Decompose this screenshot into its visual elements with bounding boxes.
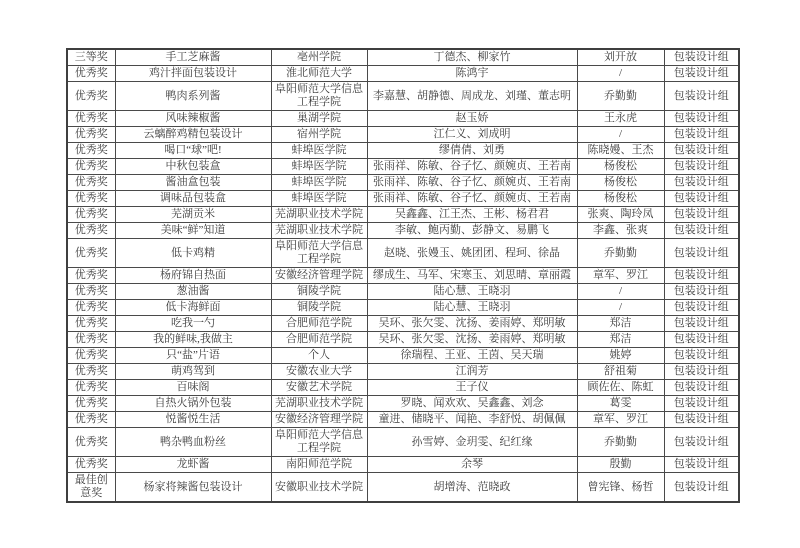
school-cell: 亳州学院 xyxy=(271,49,367,66)
group-cell: 包装设计组 xyxy=(664,239,739,268)
award-level-cell: 优秀奖 xyxy=(67,396,115,412)
group-cell: 包装设计组 xyxy=(664,191,739,207)
award-level-cell: 优秀奖 xyxy=(67,127,115,143)
group-cell: 包装设计组 xyxy=(664,457,739,473)
advisors-cell: 乔勤勤 xyxy=(577,428,664,457)
advisors-cell: 杨俊松 xyxy=(577,175,664,191)
authors-cell: 李嘉慧、胡静德、周成龙、刘瑾、董志明 xyxy=(367,82,577,111)
school-cell: 芜湖职业技术学院 xyxy=(271,207,367,223)
authors-cell: 赵晓、张嫚玉、姚团团、程珂、徐晶 xyxy=(367,239,577,268)
group-cell: 包装设计组 xyxy=(664,300,739,316)
table-row: 优秀奖只“盐”片语个人徐瑞程、王亚、王茵、吴天瑞姚婷包装设计组 xyxy=(67,348,739,364)
work-title-cell: 低卡鸡精 xyxy=(115,239,271,268)
authors-cell: 吴鑫鑫、江王杰、王彬、杨君君 xyxy=(367,207,577,223)
school-cell: 合肥师范学院 xyxy=(271,316,367,332)
work-title-cell: 调味品包装盒 xyxy=(115,191,271,207)
award-level-cell: 优秀奖 xyxy=(67,223,115,239)
advisors-cell: 乔勤勤 xyxy=(577,239,664,268)
advisors-cell: / xyxy=(577,284,664,300)
work-title-cell: 杨家将辣酱包装设计 xyxy=(115,473,271,503)
table-row: 优秀奖美味“鲜”知道芜湖职业技术学院李敏、鲍丙勤、彭静文、易鹏飞李鑫、张爽包装设… xyxy=(67,223,739,239)
advisors-cell: / xyxy=(577,66,664,82)
authors-cell: 吴环、张欠雯、沈扬、姜雨婷、郑明敏 xyxy=(367,332,577,348)
work-title-cell: 葱油酱 xyxy=(115,284,271,300)
group-cell: 包装设计组 xyxy=(664,66,739,82)
group-cell: 包装设计组 xyxy=(664,396,739,412)
table-row: 优秀奖鸭杂鸭血粉丝阜阳师范大学信息工程学院孙雪婷、金玥雯、纪红缘乔勤勤包装设计组 xyxy=(67,428,739,457)
work-title-cell: 萌鸡驾到 xyxy=(115,364,271,380)
advisors-cell: 陈晓嫚、王杰 xyxy=(577,143,664,159)
award-level-cell: 优秀奖 xyxy=(67,380,115,396)
table-row: 优秀奖芜湖贡米芜湖职业技术学院吴鑫鑫、江王杰、王彬、杨君君张爽、陶玲凤包装设计组 xyxy=(67,207,739,223)
award-level-cell: 优秀奖 xyxy=(67,428,115,457)
authors-cell: 张雨祥、陈敏、谷子忆、颜婉贞、王若南 xyxy=(367,159,577,175)
table-row: 优秀奖鸭肉系列酱阜阳师范大学信息工程学院李嘉慧、胡静德、周成龙、刘瑾、董志明乔勤… xyxy=(67,82,739,111)
group-cell: 包装设计组 xyxy=(664,268,739,284)
authors-cell: 张雨祥、陈敏、谷子忆、颜婉贞、王若南 xyxy=(367,175,577,191)
award-level-cell: 优秀奖 xyxy=(67,268,115,284)
work-title-cell: 美味“鲜”知道 xyxy=(115,223,271,239)
advisors-cell: 乔勤勤 xyxy=(577,82,664,111)
school-cell: 阜阳师范大学信息工程学院 xyxy=(271,239,367,268)
advisors-cell: 葛雯 xyxy=(577,396,664,412)
advisors-cell: 李鑫、张爽 xyxy=(577,223,664,239)
table-row: 优秀奖吃我一勺合肥师范学院吴环、张欠雯、沈扬、姜雨婷、郑明敏郑洁包装设计组 xyxy=(67,316,739,332)
work-title-cell: 风味辣椒酱 xyxy=(115,111,271,127)
advisors-cell: / xyxy=(577,127,664,143)
award-level-cell: 优秀奖 xyxy=(67,159,115,175)
advisors-cell: 张爽、陶玲凤 xyxy=(577,207,664,223)
award-level-cell: 优秀奖 xyxy=(67,82,115,111)
table-row: 优秀奖喝口“球”吧!蚌埠医学院缪倩倩、刘勇陈晓嫚、王杰包装设计组 xyxy=(67,143,739,159)
group-cell: 包装设计组 xyxy=(664,380,739,396)
award-level-cell: 优秀奖 xyxy=(67,348,115,364)
table-row: 优秀奖悦酱悦生活安徽经济管理学院童进、储晓平、闻艳、李舒悦、胡佩佩章军、罗江包装… xyxy=(67,412,739,428)
table-row: 优秀奖杨府锦自热面安徽经济管理学院缪成生、马军、宋寒玉、刘思晴、章丽霞章军、罗江… xyxy=(67,268,739,284)
advisors-cell: 章军、罗江 xyxy=(577,412,664,428)
group-cell: 包装设计组 xyxy=(664,332,739,348)
authors-cell: 缪成生、马军、宋寒玉、刘思晴、章丽霞 xyxy=(367,268,577,284)
award-level-cell: 最佳创意奖 xyxy=(67,473,115,503)
school-cell: 安徽职业技术学院 xyxy=(271,473,367,503)
group-cell: 包装设计组 xyxy=(664,127,739,143)
table-row: 优秀奖调味品包装盒蚌埠医学院张雨祥、陈敏、谷子忆、颜婉贞、王若南杨俊松包装设计组 xyxy=(67,191,739,207)
table-row: 优秀奖中秋包装盒蚌埠医学院张雨祥、陈敏、谷子忆、颜婉贞、王若南杨俊松包装设计组 xyxy=(67,159,739,175)
work-title-cell: 只“盐”片语 xyxy=(115,348,271,364)
award-level-cell: 优秀奖 xyxy=(67,239,115,268)
school-cell: 铜陵学院 xyxy=(271,284,367,300)
group-cell: 包装设计组 xyxy=(664,284,739,300)
group-cell: 包装设计组 xyxy=(664,143,739,159)
table-row: 优秀奖萌鸡驾到安徽农业大学江润芳舒祖菊包装设计组 xyxy=(67,364,739,380)
advisors-cell: 姚婷 xyxy=(577,348,664,364)
advisors-cell: 杨俊松 xyxy=(577,191,664,207)
work-title-cell: 芜湖贡米 xyxy=(115,207,271,223)
work-title-cell: 中秋包装盒 xyxy=(115,159,271,175)
school-cell: 安徽艺术学院 xyxy=(271,380,367,396)
group-cell: 包装设计组 xyxy=(664,348,739,364)
school-cell: 蚌埠医学院 xyxy=(271,191,367,207)
advisors-cell: 舒祖菊 xyxy=(577,364,664,380)
award-level-cell: 三等奖 xyxy=(67,49,115,66)
school-cell: 淮北师范大学 xyxy=(271,66,367,82)
work-title-cell: 鸭杂鸭血粉丝 xyxy=(115,428,271,457)
authors-cell: 江仁义、刘成明 xyxy=(367,127,577,143)
authors-cell: 张雨祥、陈敏、谷子忆、颜婉贞、王若南 xyxy=(367,191,577,207)
table-row: 优秀奖低卡海鲜面铜陵学院陆心慧、王晓羽/包装设计组 xyxy=(67,300,739,316)
group-cell: 包装设计组 xyxy=(664,316,739,332)
award-level-cell: 优秀奖 xyxy=(67,111,115,127)
table-row: 优秀奖葱油酱铜陵学院陆心慧、王晓羽/包装设计组 xyxy=(67,284,739,300)
school-cell: 蚌埠医学院 xyxy=(271,159,367,175)
award-table-body: 三等奖手工芝麻酱亳州学院丁德杰、柳家竹刘开放包装设计组优秀奖鸡汁拌面包装设计淮北… xyxy=(67,49,739,502)
award-results-table: 三等奖手工芝麻酱亳州学院丁德杰、柳家竹刘开放包装设计组优秀奖鸡汁拌面包装设计淮北… xyxy=(66,48,740,503)
award-level-cell: 优秀奖 xyxy=(67,316,115,332)
authors-cell: 陆心慧、王晓羽 xyxy=(367,300,577,316)
table-row: 优秀奖鸡汁拌面包装设计淮北师范大学陈鸿宇/包装设计组 xyxy=(67,66,739,82)
award-level-cell: 优秀奖 xyxy=(67,284,115,300)
document-page: 三等奖手工芝麻酱亳州学院丁德杰、柳家竹刘开放包装设计组优秀奖鸡汁拌面包装设计淮北… xyxy=(0,0,800,548)
authors-cell: 王子仪 xyxy=(367,380,577,396)
group-cell: 包装设计组 xyxy=(664,473,739,503)
table-row: 最佳创意奖杨家将辣酱包装设计安徽职业技术学院胡增涛、范晓政曾宪锋、杨哲包装设计组 xyxy=(67,473,739,503)
table-row: 优秀奖低卡鸡精阜阳师范大学信息工程学院赵晓、张嫚玉、姚团团、程珂、徐晶乔勤勤包装… xyxy=(67,239,739,268)
school-cell: 安徽农业大学 xyxy=(271,364,367,380)
work-title-cell: 鸡汁拌面包装设计 xyxy=(115,66,271,82)
award-level-cell: 优秀奖 xyxy=(67,143,115,159)
authors-cell: 赵玉娇 xyxy=(367,111,577,127)
group-cell: 包装设计组 xyxy=(664,175,739,191)
award-level-cell: 优秀奖 xyxy=(67,300,115,316)
group-cell: 包装设计组 xyxy=(664,364,739,380)
work-title-cell: 云螭醉鸡精包装设计 xyxy=(115,127,271,143)
table-row: 优秀奖百味阁安徽艺术学院王子仪顾佐佐、陈虹包装设计组 xyxy=(67,380,739,396)
school-cell: 蚌埠医学院 xyxy=(271,143,367,159)
award-level-cell: 优秀奖 xyxy=(67,412,115,428)
work-title-cell: 低卡海鲜面 xyxy=(115,300,271,316)
work-title-cell: 百味阁 xyxy=(115,380,271,396)
school-cell: 巢湖学院 xyxy=(271,111,367,127)
authors-cell: 陈鸿宇 xyxy=(367,66,577,82)
group-cell: 包装设计组 xyxy=(664,159,739,175)
work-title-cell: 自热火锅外包装 xyxy=(115,396,271,412)
authors-cell: 吴环、张欠雯、沈扬、姜雨婷、郑明敏 xyxy=(367,316,577,332)
school-cell: 阜阳师范大学信息工程学院 xyxy=(271,82,367,111)
authors-cell: 徐瑞程、王亚、王茵、吴天瑞 xyxy=(367,348,577,364)
authors-cell: 缪倩倩、刘勇 xyxy=(367,143,577,159)
table-row: 优秀奖云螭醉鸡精包装设计宿州学院江仁义、刘成明/包装设计组 xyxy=(67,127,739,143)
award-level-cell: 优秀奖 xyxy=(67,66,115,82)
table-row: 优秀奖自热火锅外包装芜湖职业技术学院罗晓、闻欢欢、吴鑫鑫、刘念葛雯包装设计组 xyxy=(67,396,739,412)
authors-cell: 陆心慧、王晓羽 xyxy=(367,284,577,300)
work-title-cell: 鸭肉系列酱 xyxy=(115,82,271,111)
advisors-cell: 顾佐佐、陈虹 xyxy=(577,380,664,396)
award-level-cell: 优秀奖 xyxy=(67,364,115,380)
authors-cell: 胡增涛、范晓政 xyxy=(367,473,577,503)
authors-cell: 丁德杰、柳家竹 xyxy=(367,49,577,66)
work-title-cell: 龙虾酱 xyxy=(115,457,271,473)
school-cell: 合肥师范学院 xyxy=(271,332,367,348)
award-level-cell: 优秀奖 xyxy=(67,191,115,207)
school-cell: 安徽经济管理学院 xyxy=(271,268,367,284)
work-title-cell: 我的鲜味,我做主 xyxy=(115,332,271,348)
award-level-cell: 优秀奖 xyxy=(67,175,115,191)
group-cell: 包装设计组 xyxy=(664,49,739,66)
school-cell: 宿州学院 xyxy=(271,127,367,143)
award-level-cell: 优秀奖 xyxy=(67,207,115,223)
group-cell: 包装设计组 xyxy=(664,82,739,111)
advisors-cell: 刘开放 xyxy=(577,49,664,66)
school-cell: 南阳师范学院 xyxy=(271,457,367,473)
authors-cell: 孙雪婷、金玥雯、纪红缘 xyxy=(367,428,577,457)
table-row: 优秀奖龙虾酱南阳师范学院余琴殷勤包装设计组 xyxy=(67,457,739,473)
award-level-cell: 优秀奖 xyxy=(67,457,115,473)
work-title-cell: 悦酱悦生活 xyxy=(115,412,271,428)
school-cell: 安徽经济管理学院 xyxy=(271,412,367,428)
advisors-cell: 郑洁 xyxy=(577,316,664,332)
authors-cell: 江润芳 xyxy=(367,364,577,380)
advisors-cell: 曾宪锋、杨哲 xyxy=(577,473,664,503)
award-level-cell: 优秀奖 xyxy=(67,332,115,348)
advisors-cell: 郑洁 xyxy=(577,332,664,348)
school-cell: 芜湖职业技术学院 xyxy=(271,223,367,239)
authors-cell: 李敏、鲍丙勤、彭静文、易鹏飞 xyxy=(367,223,577,239)
group-cell: 包装设计组 xyxy=(664,428,739,457)
advisors-cell: 王永虎 xyxy=(577,111,664,127)
work-title-cell: 吃我一勺 xyxy=(115,316,271,332)
authors-cell: 余琴 xyxy=(367,457,577,473)
school-cell: 芜湖职业技术学院 xyxy=(271,396,367,412)
group-cell: 包装设计组 xyxy=(664,111,739,127)
table-row: 优秀奖风味辣椒酱巢湖学院赵玉娇王永虎包装设计组 xyxy=(67,111,739,127)
school-cell: 阜阳师范大学信息工程学院 xyxy=(271,428,367,457)
work-title-cell: 喝口“球”吧! xyxy=(115,143,271,159)
authors-cell: 罗晓、闻欢欢、吴鑫鑫、刘念 xyxy=(367,396,577,412)
group-cell: 包装设计组 xyxy=(664,207,739,223)
group-cell: 包装设计组 xyxy=(664,223,739,239)
advisors-cell: 章军、罗江 xyxy=(577,268,664,284)
school-cell: 蚌埠医学院 xyxy=(271,175,367,191)
work-title-cell: 杨府锦自热面 xyxy=(115,268,271,284)
group-cell: 包装设计组 xyxy=(664,412,739,428)
school-cell: 个人 xyxy=(271,348,367,364)
authors-cell: 童进、储晓平、闻艳、李舒悦、胡佩佩 xyxy=(367,412,577,428)
advisors-cell: 杨俊松 xyxy=(577,159,664,175)
advisors-cell: / xyxy=(577,300,664,316)
table-row: 优秀奖我的鲜味,我做主合肥师范学院吴环、张欠雯、沈扬、姜雨婷、郑明敏郑洁包装设计… xyxy=(67,332,739,348)
work-title-cell: 手工芝麻酱 xyxy=(115,49,271,66)
table-row: 优秀奖酱油盒包装蚌埠医学院张雨祥、陈敏、谷子忆、颜婉贞、王若南杨俊松包装设计组 xyxy=(67,175,739,191)
work-title-cell: 酱油盒包装 xyxy=(115,175,271,191)
school-cell: 铜陵学院 xyxy=(271,300,367,316)
table-row: 三等奖手工芝麻酱亳州学院丁德杰、柳家竹刘开放包装设计组 xyxy=(67,49,739,66)
advisors-cell: 殷勤 xyxy=(577,457,664,473)
